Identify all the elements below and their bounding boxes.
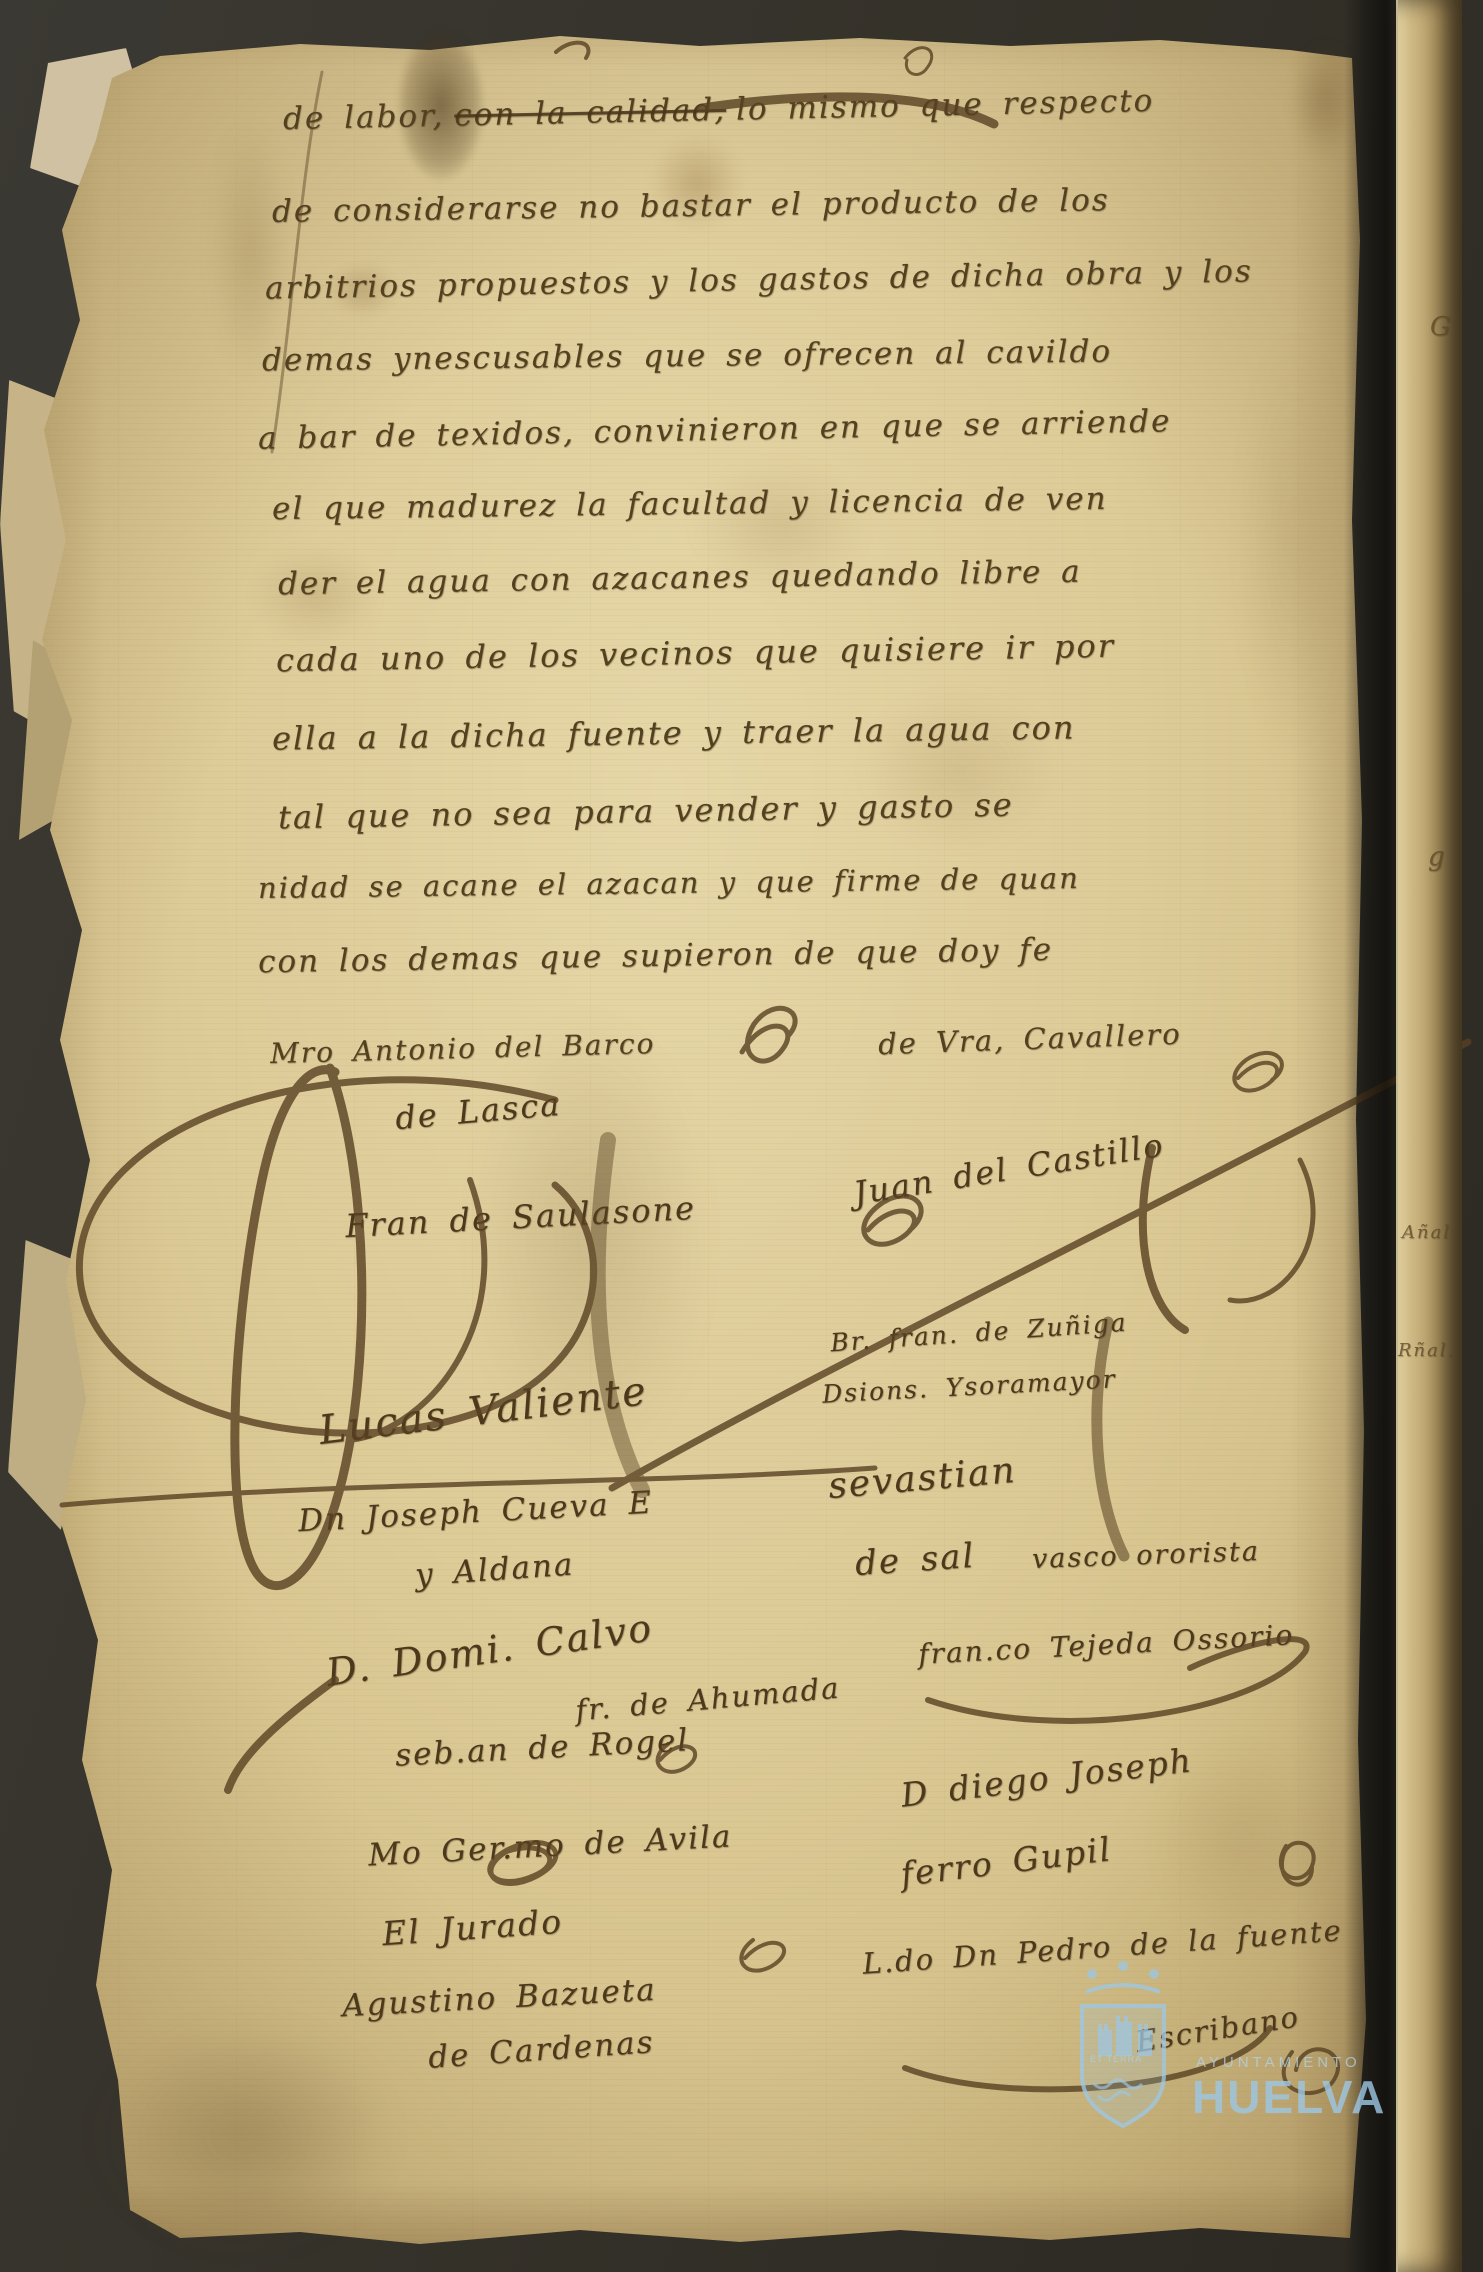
margin-fragment: g xyxy=(1428,842,1447,872)
watermark-city-text: HUELVA xyxy=(1192,2070,1386,2124)
archive-watermark: ET TERRA AYUNTAMIENTO HUELVA xyxy=(1062,1958,1402,2168)
margin-fragment: Rñal. xyxy=(1398,1340,1455,1361)
watermark-motto: ET TERRA xyxy=(1090,2054,1142,2064)
manuscript-photo: de labor,con la calidad,lo mismo que res… xyxy=(0,0,1483,2272)
struck-text: con la calidad, xyxy=(454,92,726,134)
margin-fragment: G xyxy=(1430,312,1453,342)
huelva-crest-icon xyxy=(1062,1958,1184,2148)
line-text: de labor, xyxy=(283,98,445,137)
signature: de sal xyxy=(854,1536,977,1584)
page-gutter-shadow xyxy=(1344,0,1400,2272)
margin-fragment: Añal xyxy=(1402,1222,1451,1243)
watermark-org-text: AYUNTAMIENTO xyxy=(1196,2054,1361,2071)
